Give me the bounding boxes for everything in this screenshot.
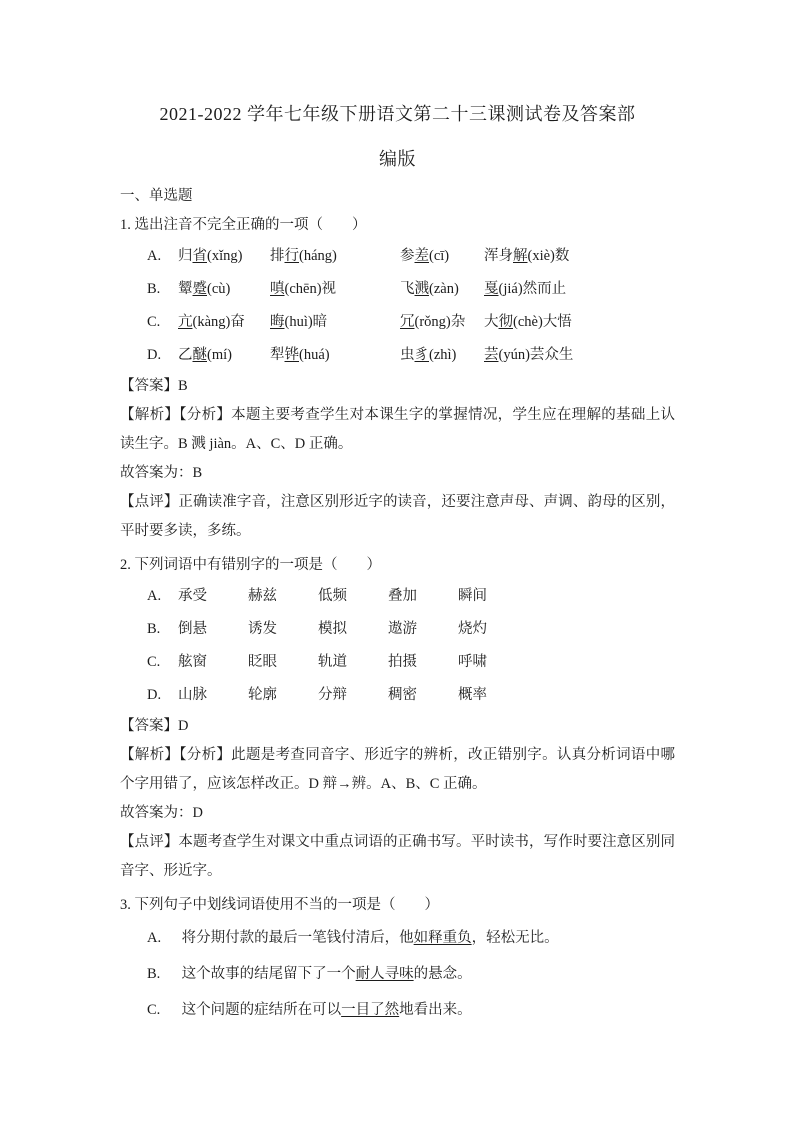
option-sentence: 将分期付款的最后一笔钱付清后，他如释重负，轻松无比。 [182, 930, 559, 946]
option-label: C. [147, 306, 178, 339]
pinyin-word-item: 嗔(chēn)视 [270, 273, 400, 306]
question-2-option-row-c: C. 舷窗 眨眼 轨道 拍摄 呼啸 [120, 646, 675, 679]
question-3-option-b: B. 这个故事的结尾留下了一个耐人寻味的悬念。 [120, 956, 675, 992]
option-label: C. [147, 992, 178, 1028]
pinyin-word-item: 虫豸(zhì) [400, 339, 484, 372]
question-1-option-row-b: B. 颦蹙(cù) 嗔(chēn)视 飞溅(zàn) 戛(jiá)然而止 [120, 273, 675, 306]
word-item: 遨游 [388, 613, 458, 646]
pinyin-word-item: 芸(yún)芸众生 [484, 339, 675, 372]
pinyin-word-item: 归省(xǐng) [178, 240, 270, 273]
question-2-option-row-b: B. 倒悬 诱发 模拟 遨游 烧灼 [120, 613, 675, 646]
word-item: 轮廓 [248, 679, 318, 712]
pinyin-word-item: 大彻(chè)大悟 [484, 306, 675, 339]
word-item: 呼啸 [458, 646, 675, 679]
option-label: B. [147, 613, 178, 646]
word-item: 倒悬 [178, 613, 248, 646]
option-label: D. [147, 679, 178, 712]
option-label: C. [147, 646, 178, 679]
word-item: 低频 [318, 580, 388, 613]
question-2-conclusion: 故答案为：D [120, 799, 675, 828]
document-title-line-2: 编版 [120, 137, 675, 182]
pinyin-word-item: 晦(huì)暗 [270, 306, 400, 339]
question-1-conclusion: 故答案为：B [120, 459, 675, 488]
pinyin-word-item: 排行(háng) [270, 240, 400, 273]
question-2-stem: 2. 下列词语中有错别字的一项是（ ） [120, 551, 675, 580]
option-sentence: 这个问题的症结所在可以一目了然地看出来。 [182, 1002, 472, 1018]
word-item: 山脉 [178, 679, 248, 712]
pinyin-word-item: 颦蹙(cù) [178, 273, 270, 306]
word-item: 模拟 [318, 613, 388, 646]
question-3-option-c: C. 这个问题的症结所在可以一目了然地看出来。 [120, 992, 675, 1028]
document-title: 2021-2022 学年七年级下册语文第二十三课测试卷及答案部 编版 [120, 92, 675, 182]
word-item: 概率 [458, 679, 675, 712]
question-2-answer-line: 【答案】D [120, 712, 675, 741]
question-1-option-row-c: C. 亢(kàng)奋 晦(huì)暗 冗(rǒng)杂 大彻(chè)大悟 [120, 306, 675, 339]
word-item: 叠加 [388, 580, 458, 613]
option-label: D. [147, 339, 178, 372]
option-label: B. [147, 956, 178, 992]
word-item: 烧灼 [458, 613, 675, 646]
question-2-analysis: 【解析】【分析】此题是考查同音字、形近字的辨析，改正错别字。认真分析词语中哪个字… [120, 741, 675, 799]
pinyin-word-item: 冗(rǒng)杂 [400, 306, 484, 339]
question-1-answer-line: 【答案】B [120, 372, 675, 401]
word-item: 瞬间 [458, 580, 675, 613]
option-label: B. [147, 273, 178, 306]
question-3-stem: 3. 下列句子中划线词语使用不当的一项是（ ） [120, 891, 675, 920]
word-item: 赫兹 [248, 580, 318, 613]
pinyin-word-item: 亢(kàng)奋 [178, 306, 270, 339]
question-1-analysis: 【解析】【分析】本题主要考查学生对本课生字的掌握情况，学生应在理解的基础上认读生… [120, 401, 675, 459]
question-2-option-row-a: A. 承受 赫兹 低频 叠加 瞬间 [120, 580, 675, 613]
question-1-comment: 【点评】正确读准字音，注意区别形近字的读音，还要注意声母、声调、韵母的区别，平时… [120, 488, 675, 546]
pinyin-word-item: 犁铧(huá) [270, 339, 400, 372]
pinyin-word-item: 戛(jiá)然而止 [484, 273, 675, 306]
word-item: 眨眼 [248, 646, 318, 679]
pinyin-word-item: 浑身解(xiè)数 [484, 240, 675, 273]
section-heading: 一、单选题 [120, 182, 675, 211]
question-1-stem: 1. 选出注音不完全正确的一项（ ） [120, 211, 675, 240]
word-item: 稠密 [388, 679, 458, 712]
word-item: 分辩 [318, 679, 388, 712]
word-item: 舷窗 [178, 646, 248, 679]
option-label: A. [147, 580, 178, 613]
document-page: 2021-2022 学年七年级下册语文第二十三课测试卷及答案部 编版 一、单选题… [0, 0, 793, 1122]
word-item: 承受 [178, 580, 248, 613]
question-1-option-row-a: A. 归省(xǐng) 排行(háng) 参差(cī) 浑身解(xiè)数 [120, 240, 675, 273]
option-label: A. [147, 920, 178, 956]
word-item: 轨道 [318, 646, 388, 679]
pinyin-word-item: 飞溅(zàn) [400, 273, 484, 306]
word-item: 拍摄 [388, 646, 458, 679]
pinyin-word-item: 参差(cī) [400, 240, 484, 273]
pinyin-word-item: 乙醚(mí) [178, 339, 270, 372]
option-sentence: 这个故事的结尾留下了一个耐人寻味的悬念。 [182, 966, 472, 982]
question-2-comment: 【点评】本题考查学生对课文中重点词语的正确书写。平时读书，写作时要注意区别同音字… [120, 828, 675, 886]
document-title-line-1: 2021-2022 学年七年级下册语文第二十三课测试卷及答案部 [120, 92, 675, 137]
question-2-option-row-d: D. 山脉 轮廓 分辩 稠密 概率 [120, 679, 675, 712]
question-1-option-row-d: D. 乙醚(mí) 犁铧(huá) 虫豸(zhì) 芸(yún)芸众生 [120, 339, 675, 372]
word-item: 诱发 [248, 613, 318, 646]
option-label: A. [147, 240, 178, 273]
question-3-option-a: A. 将分期付款的最后一笔钱付清后，他如释重负，轻松无比。 [120, 920, 675, 956]
